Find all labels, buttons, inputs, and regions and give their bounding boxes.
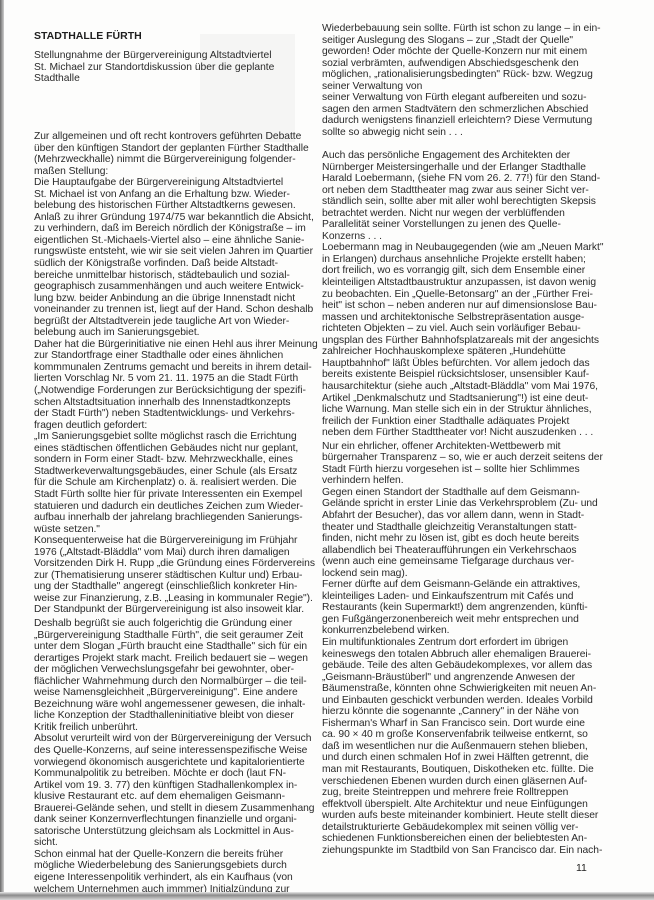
text-line: Zur allgemeinen und oft recht kontrovers…	[34, 131, 311, 143]
text-line: richteten Objekten – zu viel. Auch sein …	[322, 323, 596, 335]
text-line: konkurrenzbelebend wirken.	[322, 625, 596, 637]
text-line: Gegen einen Standort der Stadthalle auf …	[322, 487, 596, 499]
text-line: und Einbauten geschickt verbunden werden…	[322, 695, 596, 707]
text-line: sollte so abwegig nicht sein . . .	[322, 127, 596, 139]
text-line: bürgernaher Transparenz – so, wie er auc…	[322, 452, 596, 464]
text-line: fragen deutlich gefordert:	[34, 420, 311, 432]
text-line: Ein multifunktionales Zentrum dort erfor…	[322, 637, 596, 649]
text-line: statuieren und dadurch ein deutliches Ze…	[34, 501, 311, 513]
text-line: Nur ein ehrlicher, offener Architekten-W…	[322, 441, 596, 453]
text-line: ungsplan des Fürther Bahnhofsplatzareals…	[322, 335, 596, 347]
text-line: ca. 90 × 40 m große Konservenfabrik teil…	[322, 729, 596, 741]
text-line: Artikel „Denkmalschutz und Stadtsanierun…	[322, 393, 596, 405]
text-line: Bäumenstraße, könnten ohne Schwierigkeit…	[322, 683, 596, 695]
text-line: heit" ist schon – neben anderen nur auf …	[322, 300, 596, 312]
text-line: für die Schule am Kirchenplatz) o. ä. re…	[34, 477, 311, 489]
text-line: Hauptbahnhof" läßt Übles befürchten. Vor…	[322, 358, 596, 370]
text-line: allabendlich bei Theateraufführungen ein…	[322, 545, 596, 557]
text-line: bereits existente Beispiel rücksichtslos…	[322, 369, 596, 381]
page-number: 11	[576, 862, 587, 874]
text-line: detailstrukturierte Gebäudekomplex mit s…	[322, 822, 596, 834]
text-line: St. Michael ist von Anfang an die Erhalt…	[34, 189, 311, 201]
text-line: Loebermann mag in Neubaugegenden (wie am…	[322, 242, 596, 254]
text-line: hierzu könnte die sogenannte „Cannery" i…	[322, 706, 596, 718]
text-line: mögliche Wiederbelebung des Sanierungsge…	[34, 860, 311, 872]
text-line: Ferner dürfte auf dem Geismann-Gelände e…	[322, 579, 596, 591]
text-line: („Notwendige Forderungen zur Berücksicht…	[34, 385, 311, 397]
text-line: Daher hat die Bürgerinitiative nie einen…	[34, 339, 311, 351]
text-line: gebäude. Teile des alten Gebäudekomplexe…	[322, 660, 596, 672]
left-text-column: Zur allgemeinen und oft recht kontrovers…	[34, 131, 311, 895]
text-line: Brauerei-Gelände sehen, und stellt in di…	[34, 803, 311, 815]
text-line: betrachtet werden. Nicht nur wegen der v…	[322, 208, 596, 220]
page-bottom-edge	[0, 892, 654, 900]
subtitle-line: St. Michael zur Standortdiskussion über …	[34, 62, 314, 74]
text-line: „Im Sanierungsgebiet sollte möglichst ra…	[34, 431, 311, 443]
text-line: lierten Vorschlag Nr. 5 vom 21. 11. 1975…	[34, 373, 311, 385]
text-line: dank seiner Konzernverflechtungen finanz…	[34, 814, 311, 826]
text-line: vorwiegend ökonomisch ausgerichtete und …	[34, 757, 311, 769]
text-line: seiner Verwaltung von	[322, 81, 596, 93]
text-line: hausarchitektur (siehe auch „Altstadt-Bl…	[322, 381, 596, 393]
text-line: finden, nicht mehr zu lösen ist, gibt es…	[322, 533, 596, 545]
text-line: freilich der Funktion einer Stadthalle a…	[322, 416, 596, 428]
text-line: gen Fußgängerzonenbereich weit mehr ents…	[322, 614, 596, 626]
text-line: zug, breite Steintreppen und mehrere fre…	[322, 787, 596, 799]
text-line: voneinander zu trennen ist, liegt auf de…	[34, 304, 311, 316]
text-line: südlich der Königstraße vorfinden. Daß b…	[34, 258, 311, 270]
text-line: Schon einmal hat der Quelle-Konzern die …	[34, 849, 311, 861]
subtitle-line: Stadthalle	[34, 73, 314, 85]
text-line: Stadt Fürth sollte hier für private Inte…	[34, 489, 311, 501]
text-line: 1976 („Altstadt-Bläddla" vom Mai) durch …	[34, 547, 311, 559]
text-line: wurden aufs beste miteinander kombiniert…	[322, 810, 596, 822]
text-line: Deshalb begrüßt sie auch folgerichtig di…	[34, 618, 311, 630]
text-line: liche Konzeption der Stadthalleninitiati…	[34, 710, 311, 722]
text-line: weise zur Finanzierung, z.B. „Leasing in…	[34, 593, 311, 605]
text-line: zur (Thematisierung unserer städtischen …	[34, 570, 311, 582]
text-line: sondern in Form einer Stadt- bzw. Mehrzw…	[34, 454, 311, 466]
text-line: belebung auch im Sanierungsgebiet.	[34, 327, 311, 339]
text-line: Konzerns . . .	[322, 231, 596, 243]
text-line: geworden! Oder möchte der Quelle-Konzern…	[322, 46, 596, 58]
text-line: Bezeichnung wäre wohl angemessener gewes…	[34, 699, 311, 711]
text-line: geographisch zusammenhängen und auch wei…	[34, 281, 311, 293]
text-line: flächlicher Wahrnehmung durch den Normal…	[34, 676, 311, 688]
text-line: Anlaß zu ihrer Gründung 1974/75 war beka…	[34, 212, 311, 224]
text-line: Fisherman's Wharf in San Francisco sein.…	[322, 718, 596, 730]
document-page: STADTHALLE FÜRTH Stellungnahme der Bürge…	[0, 0, 654, 900]
text-line: in Erlangen) durchaus ansehnliche Projek…	[322, 254, 596, 266]
text-line: seitiger Auslegung des Slogans – zur „St…	[322, 35, 596, 47]
text-line: Konsequenterweise hat die Bürgervereinig…	[34, 535, 311, 547]
text-line: eigentlichen St.-Michaels-Viertel also –…	[34, 235, 311, 247]
text-line: Parallelität seiner Vorstellungen zu jen…	[322, 219, 596, 231]
text-line: Auch das persönliche Engagement des Arch…	[322, 150, 596, 162]
text-line: bereiche unmittelbar historisch, städteb…	[34, 270, 311, 282]
text-line: Artikel vom 19. 3. 77) den künftigen Sta…	[34, 780, 311, 792]
text-line: über den künftigen Standort der geplante…	[34, 143, 311, 155]
text-line: Gelände spricht in erster Linie das Verk…	[322, 498, 596, 510]
text-line: der Stadt Fürth") neben Stadtentwicklung…	[34, 408, 311, 420]
text-line: zu verhindern, daß im Bereich nördlich d…	[34, 223, 311, 235]
text-line: theater und Stadthalle gleichzeitig Vera…	[322, 522, 596, 534]
text-line: begrüßt der Altstadtverein jede tauglich…	[34, 316, 311, 328]
text-line: Die Hauptaufgabe der Bürgervereinigung A…	[34, 177, 311, 189]
text-line: kleinteiliges Laden- und Einkaufszentrum…	[322, 591, 596, 603]
text-line: Stadtwerkeverwaltungsgebäudes, einer Sch…	[34, 466, 311, 478]
text-line: zur Standortfrage einer Stadthalle oder …	[34, 350, 311, 362]
text-line: schiedenen Funktionsbereichen einen der …	[322, 833, 596, 845]
text-line: verhindern helfen.	[322, 475, 596, 487]
text-line: eigene Interessenpolitik verhindert, als…	[34, 872, 311, 884]
text-line: Kommunalpolitik zu betreiben. Möchte er …	[34, 768, 311, 780]
text-line: sagen den armen Stadtvätern den schmerzl…	[322, 104, 596, 116]
text-line: ziehungspunkte im Stadtbild von San Fran…	[322, 845, 596, 857]
text-line: Kritik freilich unberührt.	[34, 722, 311, 734]
text-line: ständlich sein, sollte aber mit aller wo…	[322, 196, 596, 208]
text-line: der möglichen Verwechslungsgefahr bei ge…	[34, 664, 311, 676]
text-line: kleinteiligen Altstadtbaustruktur anzupa…	[322, 277, 596, 289]
article-subtitle: Stellungnahme der Bürgervereinigung Alts…	[34, 50, 314, 85]
text-line: Harald Loebermann, (siehe FN vom 26. 2. …	[322, 173, 596, 185]
text-line: Abfahrt der Besucher), das vor allem dan…	[322, 510, 596, 522]
text-line: daß im wesentlichen nur die Außenmauern …	[322, 741, 596, 753]
text-line: Nürnberger Meistersingerhalle und der Er…	[322, 162, 596, 174]
text-line: des Quelle-Konzerns, auf seine interesse…	[34, 745, 311, 757]
text-line: Absolut verurteilt wird von der Bürgerve…	[34, 733, 311, 745]
text-line: ung der Stadthalle" angeregt (einschließ…	[34, 581, 311, 593]
article-heading: STADTHALLE FÜRTH	[34, 30, 142, 42]
text-line: massen und architektonische Selbstrepräs…	[322, 312, 596, 324]
text-line: lockend sein mag).	[322, 568, 596, 580]
text-line: klusive Restaurant etc. auf dem ehemalig…	[34, 791, 311, 803]
text-line: ort neben dem Stadttheater mag zwar aus …	[322, 185, 596, 197]
text-line: man mit Restaurants, Boutiquen, Diskothe…	[322, 764, 596, 776]
text-line	[322, 138, 596, 150]
text-line: aufbau innerhalb der jahrelang brachlieg…	[34, 512, 311, 524]
text-line: möglichen, „rationalisierungsbedingten" …	[322, 69, 596, 81]
text-line: seiner Verwaltung von Fürth elegant aufb…	[322, 92, 596, 104]
text-line: Der Standpunkt der Bürgervereinigung ist…	[34, 604, 311, 616]
text-line: (wenn auch eine gemeinsame Tiefgarage du…	[322, 556, 596, 568]
text-line: maßen Stellung:	[34, 166, 311, 178]
text-line: belebung des historischen Fürther Altsta…	[34, 200, 311, 212]
subtitle-line: Stellungnahme der Bürgervereinigung Alts…	[34, 50, 314, 62]
text-line: schen Altstadtsituation innerhalb des In…	[34, 397, 311, 409]
text-line: keineswegs den totalen Abbruch aller ehe…	[322, 649, 596, 661]
text-line: lung bzw. beider Anbindung an die übrige…	[34, 293, 311, 305]
text-line: effektvoll überspielt. Alte Architektur …	[322, 799, 596, 811]
text-line: „Bürgervereinigung Stadthalle Fürth", di…	[34, 630, 311, 642]
text-line: unter dem Slogan „Fürth braucht eine Sta…	[34, 641, 311, 653]
text-line: und durch einen schmalen Hof in zwei Häl…	[322, 752, 596, 764]
text-line: sicht.	[34, 837, 311, 849]
text-line: Restaurants (kein Supermarkt!) dem angre…	[322, 602, 596, 614]
text-line: (Mehrzweckhalle) nimmt die Bürgervereini…	[34, 154, 311, 166]
text-line: weise Namensgleichheit „Bürgervereinigun…	[34, 687, 311, 699]
text-line: dadurch wenigstens finanziell erleichter…	[322, 115, 596, 127]
right-text-column: Wiederbebauung sein sollte. Fürth ist sc…	[322, 23, 596, 856]
text-line: rungswüste entsteht, wie wir sie seit vi…	[34, 246, 311, 258]
text-line: zahlreicher Hochhauskomplexe späteren „H…	[322, 346, 596, 358]
text-line: sozial verbrämten, aufwendigen Abschieds…	[322, 58, 596, 70]
text-line: neben dem Fürther Stadttheater vor! Nich…	[322, 427, 596, 439]
text-line: derartiges Projekt stark macht. Freilich…	[34, 653, 311, 665]
page-spine-shadow	[0, 0, 4, 900]
text-line: kommmunalen Zentrums gemacht und bereits…	[34, 362, 311, 374]
text-line: satorische Unterstützung gleichsam als L…	[34, 826, 311, 838]
text-line: „Geismann-Bräustüberl" und angrenzende A…	[322, 672, 596, 684]
text-line: liche Warnung. Man stelle sich ein in de…	[322, 404, 596, 416]
text-line: wüste setzen."	[34, 524, 311, 536]
text-line: Vorsitzenden Dirk H. Rupp „die Gründung …	[34, 558, 311, 570]
text-line: Wiederbebauung sein sollte. Fürth ist sc…	[322, 23, 596, 35]
text-line: verschiedenen Ebenen wurden durch einen …	[322, 776, 596, 788]
text-line: Stadt Fürth hierzu vorgesehen ist – soll…	[322, 464, 596, 476]
text-line: eines städtischen öffentlichen Gebäudes …	[34, 443, 311, 455]
text-line: dort freilich, wo es vorrangig gilt, sic…	[322, 265, 596, 277]
text-line: zu beobachten. Ein „Quelle-Betonsarg" an…	[322, 289, 596, 301]
